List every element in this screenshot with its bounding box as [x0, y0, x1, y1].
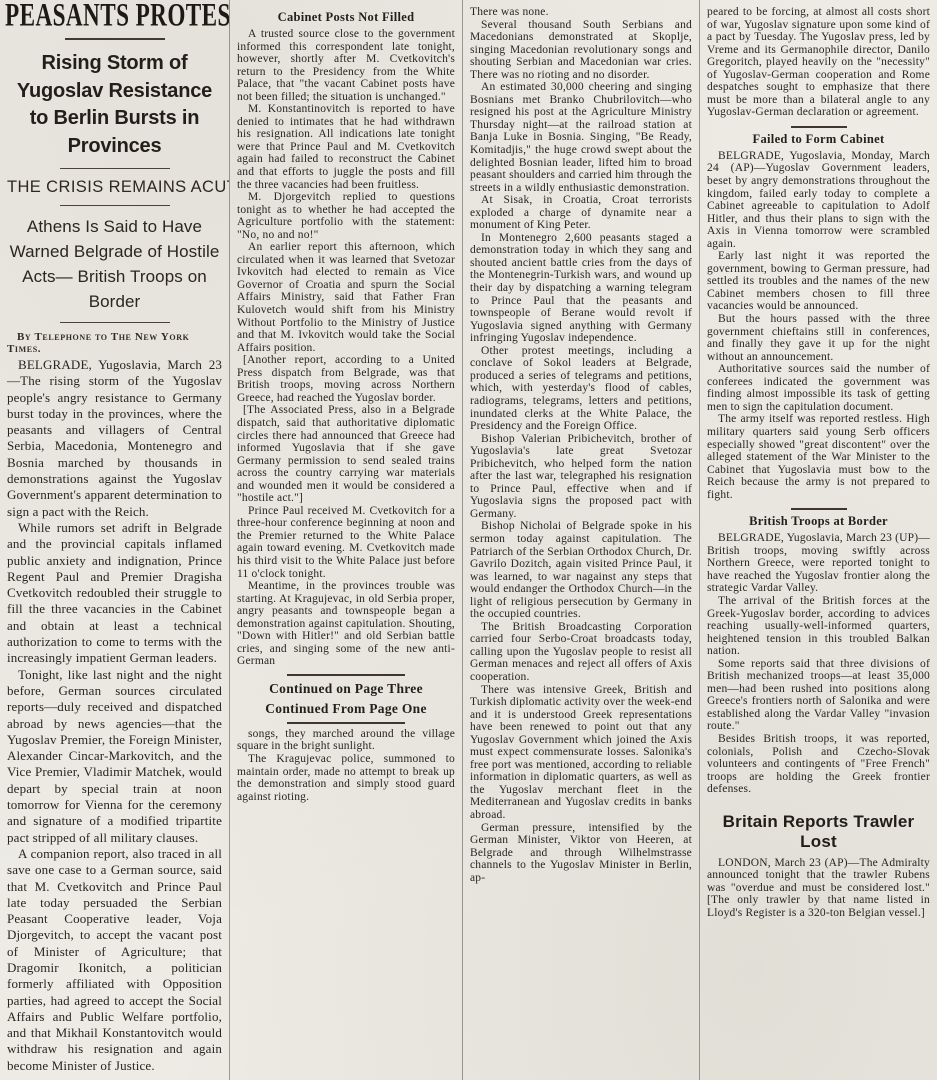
- article-paragraph: The Kragujevac police, summoned to maint…: [237, 753, 455, 803]
- column-2: Cabinet Posts Not Filled A trusted sourc…: [230, 0, 463, 1080]
- divider-rule: [65, 38, 165, 40]
- divider-rule: [791, 126, 847, 128]
- article-paragraph: While rumors set adrift in Belgrade and …: [7, 520, 222, 667]
- continuation-notice: Continued on Page Three Continued From P…: [237, 674, 455, 724]
- article-paragraph: But the hours passed with the three gove…: [707, 313, 930, 363]
- article-paragraph: Bishop Valerian Pribichevitch, brother o…: [470, 433, 692, 521]
- section-subhead: Cabinet Posts Not Filled: [237, 10, 455, 25]
- article-paragraph: Early last night it was reported the gov…: [707, 250, 930, 313]
- divider-rule: [60, 168, 170, 169]
- continued-from-line: Continued From Page One: [237, 700, 455, 718]
- article-paragraph: Bishop Nicholai of Belgrade spoke in his…: [470, 520, 692, 620]
- article-paragraph: The army itself was reported restless. H…: [707, 413, 930, 501]
- article-paragraph: The arrival of the British forces at the…: [707, 595, 930, 658]
- divider-rule: [287, 722, 405, 724]
- article-paragraph: peared to be forcing, at almost all cost…: [707, 6, 930, 119]
- article-paragraph: M. Djorgevitch replied to questions toni…: [237, 191, 455, 241]
- column-4: peared to be forcing, at almost all cost…: [700, 0, 937, 1080]
- divider-rule: [287, 674, 405, 676]
- sub-deck-headline: Athens Is Said to Have Warned Belgrade o…: [7, 214, 222, 314]
- divider-rule: [791, 508, 847, 510]
- section-subhead: British Troops at Border: [707, 514, 930, 529]
- column-1: PEASANTS PROTEST Rising Storm of Yugosla…: [0, 0, 230, 1080]
- article-paragraph: An estimated 30,000 cheering and singing…: [470, 81, 692, 194]
- article-paragraph: [Another report, according to a United P…: [237, 354, 455, 404]
- divider-rule: [60, 205, 170, 206]
- article-paragraph: An earlier report this afternoon, which …: [237, 241, 455, 354]
- article-paragraph: Some reports said that three divisions o…: [707, 658, 930, 733]
- article-paragraph: Other protest meetings, including a conc…: [470, 345, 692, 433]
- main-headline: PEASANTS PROTEST: [5, 0, 222, 32]
- article-paragraph: Tonight, like last night and the night b…: [7, 667, 222, 846]
- divider-rule: [60, 322, 170, 323]
- section-subhead: Failed to Form Cabinet: [707, 132, 930, 147]
- article-paragraph: Authoritative sources said the number of…: [707, 363, 930, 413]
- article-paragraph: The British Broadcasting Corporation car…: [470, 621, 692, 684]
- article-paragraph: M. Konstantinovitch is reported to have …: [237, 103, 455, 191]
- crisis-subhead: THE CRISIS REMAINS ACUTE: [7, 177, 222, 197]
- column-3: There was none. Several thousand South S…: [463, 0, 700, 1080]
- article-paragraph: There was none.: [470, 6, 692, 19]
- trawler-article-headline: Britain Reports Trawler Lost: [707, 812, 930, 852]
- article-paragraph: [The Associated Press, also in a Belgrad…: [237, 404, 455, 504]
- article-paragraph: songs, they marched around the village s…: [237, 728, 455, 753]
- byline: By Telephone to The New York Times.: [7, 331, 222, 355]
- article-paragraph: BELGRADE, Yugoslavia, March 23 (UP)—Brit…: [707, 532, 930, 595]
- article-paragraph: A trusted source close to the government…: [237, 28, 455, 103]
- article-paragraph: In Montenegro 2,600 peasants staged a de…: [470, 232, 692, 345]
- article-paragraph: BELGRADE, Yugoslavia, Monday, March 24 (…: [707, 150, 930, 250]
- article-paragraph: LONDON, March 23 (AP)—The Admiralty anno…: [707, 857, 930, 920]
- article-paragraph: At Sisak, in Croatia, Croat terrorists e…: [470, 194, 692, 232]
- article-paragraph: Besides British troops, it was reported,…: [707, 733, 930, 796]
- deck-headline: Rising Storm of Yugoslav Resistance to B…: [7, 50, 222, 160]
- article-paragraph: Meantime, in the provinces trouble was s…: [237, 580, 455, 668]
- article-paragraph: Several thousand South Serbians and Mace…: [470, 19, 692, 82]
- newspaper-page: PEASANTS PROTEST Rising Storm of Yugosla…: [0, 0, 937, 1080]
- article-paragraph: BELGRADE, Yugoslavia, March 23—The risin…: [7, 357, 222, 520]
- article-paragraph: A companion report, also traced in all s…: [7, 846, 222, 1074]
- continued-on-line: Continued on Page Three: [237, 680, 455, 698]
- article-paragraph: There was intensive Greek, British and T…: [470, 684, 692, 822]
- article-paragraph: Prince Paul received M. Cvetkovitch for …: [237, 505, 455, 580]
- article-paragraph: German pressure, intensified by the Germ…: [470, 822, 692, 885]
